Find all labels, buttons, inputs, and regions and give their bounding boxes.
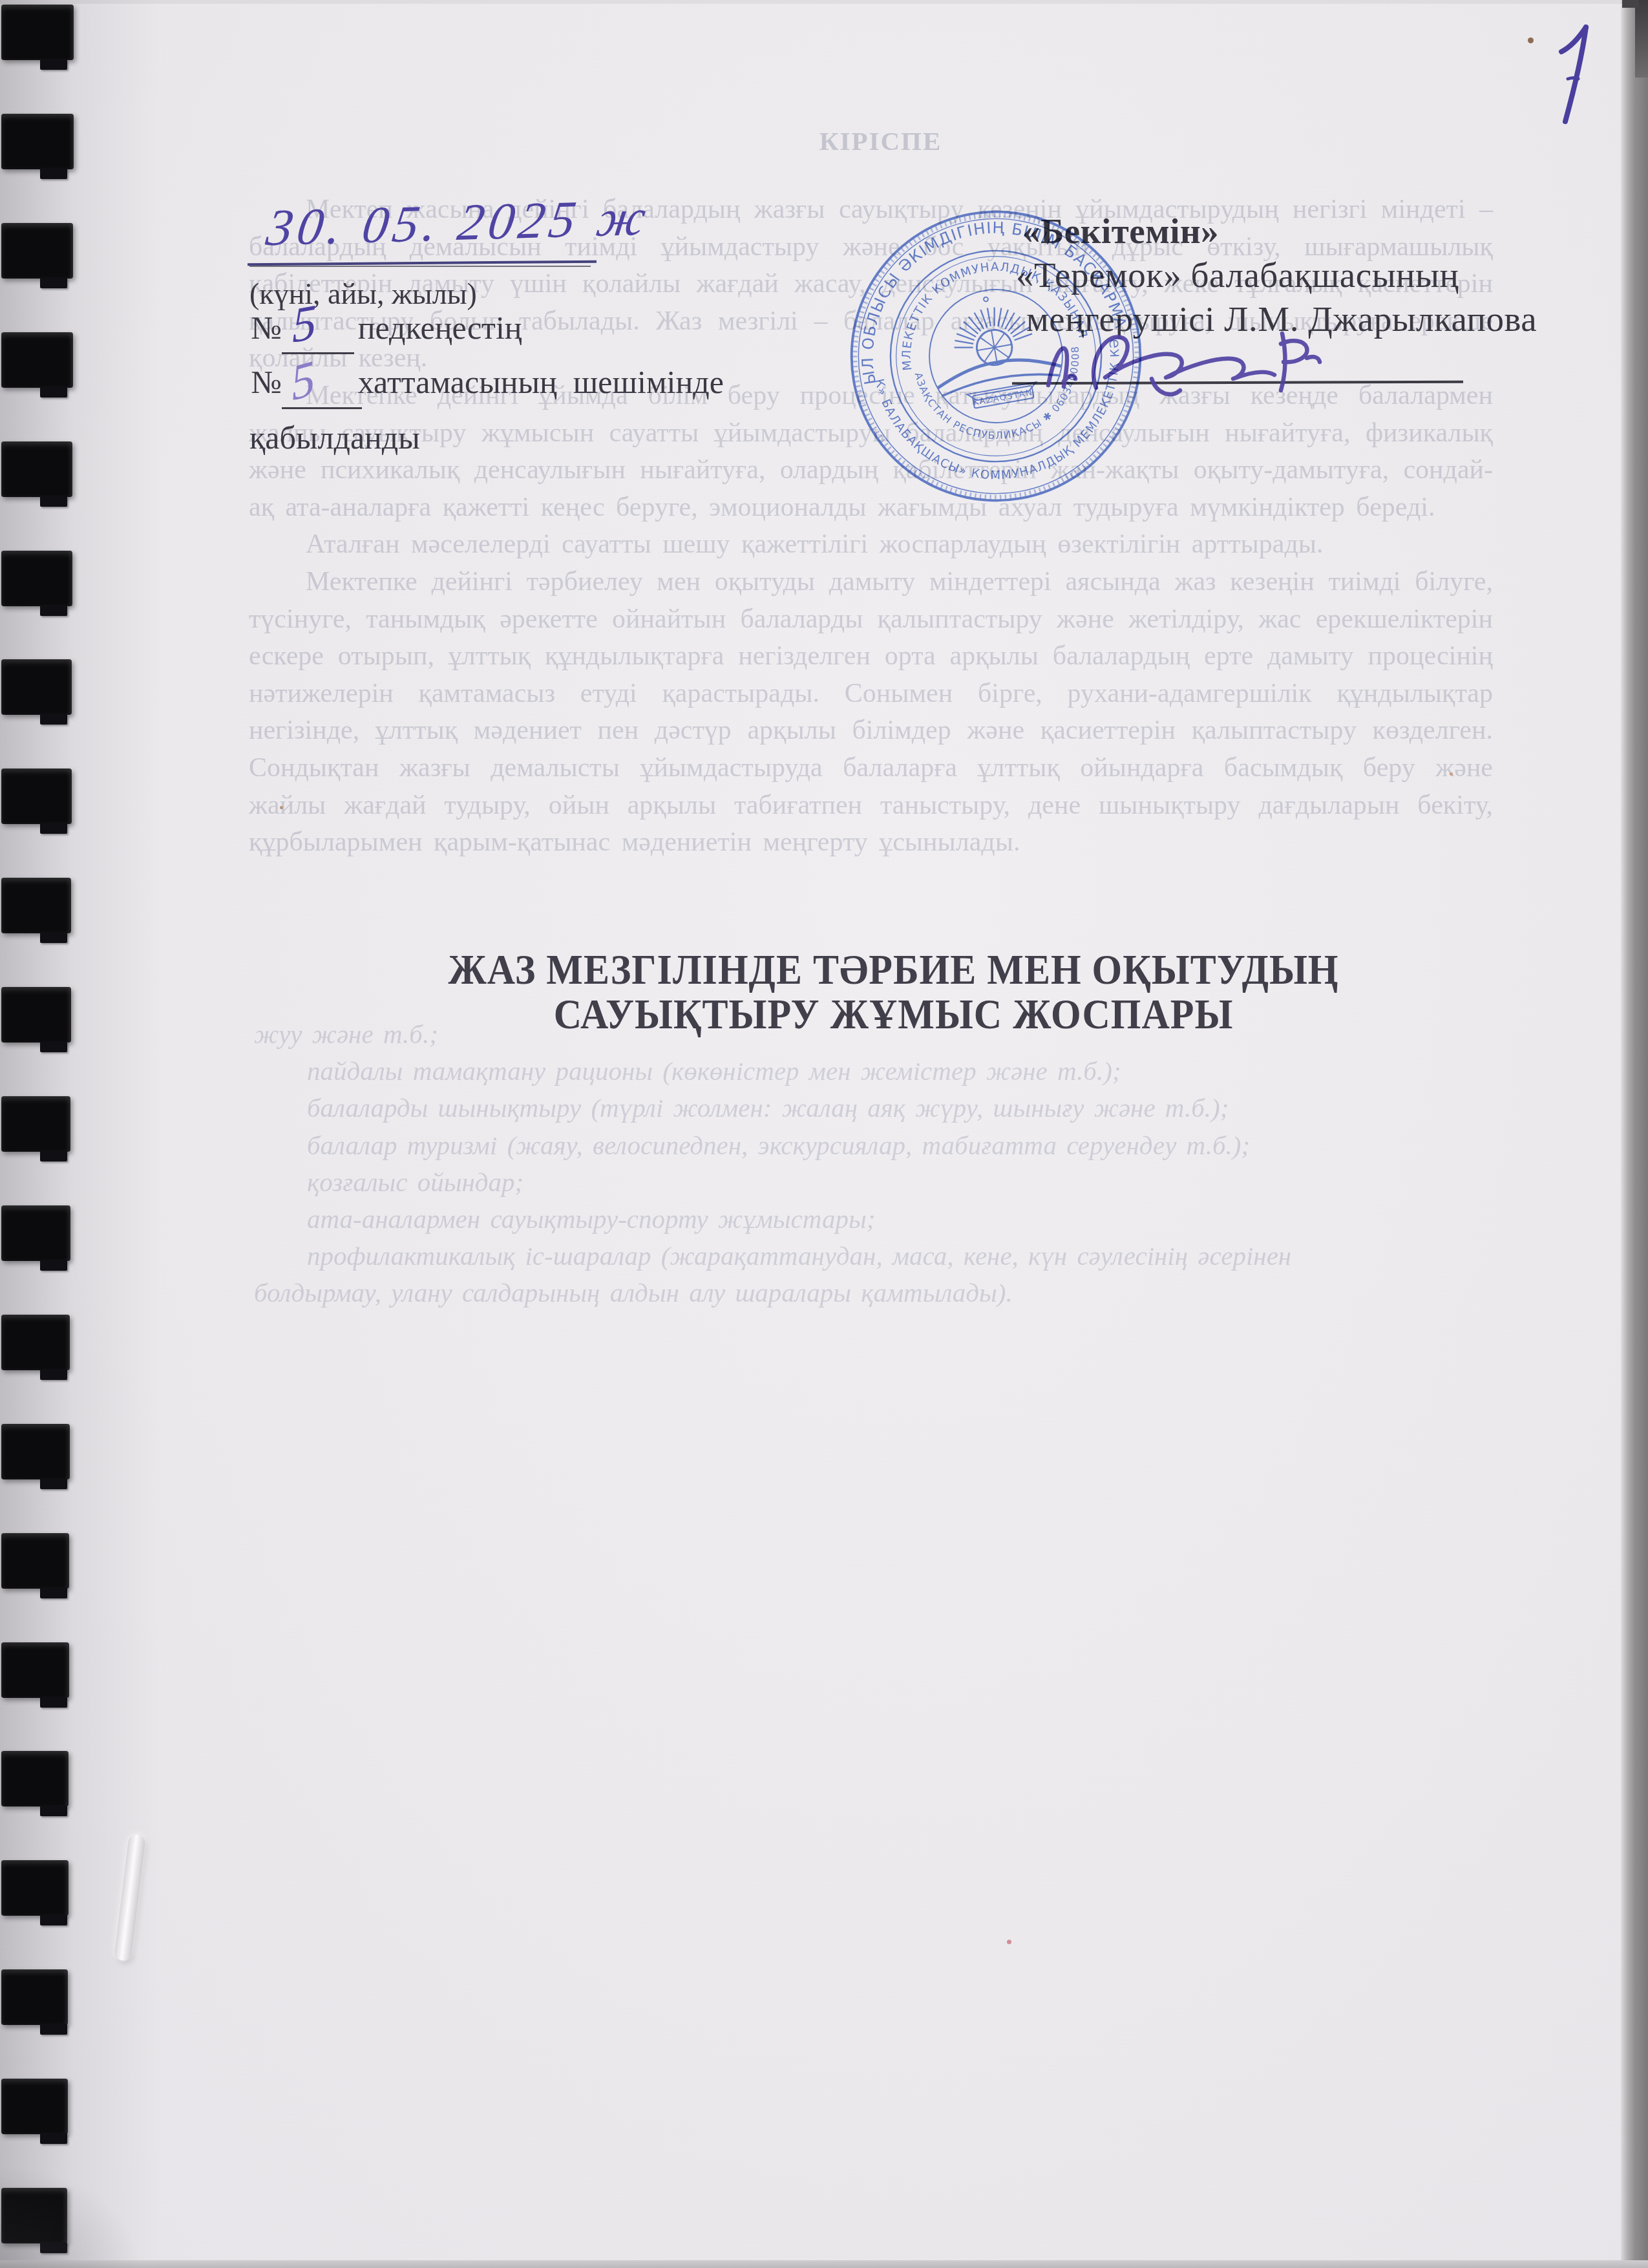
handwritten-date: 30. 05. 2025 ж [263,188,655,258]
title-line-1: ЖАЗ МЕЗГІЛІНДЕ ТӘРБИЕ МЕН ОҚЫТУДЫҢ [271,948,1516,992]
date-caption: (күні, айы, жылы) [249,277,477,311]
handwritten-page-number [1546,17,1604,133]
binding-tooth-slot [40,1369,67,1380]
binding-tooth-slot [40,59,67,70]
binding-tooth [1,1096,70,1152]
page-edge-bottom [0,2260,1648,2268]
faint-list-line: пайдалы тамақтану рационы (көкөністер ме… [249,1053,1493,1090]
svg-text:ЖАМБЫЛ ОБЛЫСЫ ӘКІМДІГІНІҢ БІЛІ: ЖАМБЫЛ ОБЛЫСЫ ӘКІМДІГІНІҢ БІЛІМ БАСҚАРМА… [845,206,1133,387]
handwritten-number-1: 5 [292,293,316,355]
binding-tooth-slot [40,1914,67,1925]
protocol-line-1: №педкеңестің [251,309,522,346]
binding-tooth [1,768,72,824]
protocol-label: хаттамасының шешімінде [358,364,724,400]
binding-tooth [1,1424,70,1479]
binding-tooth [1,332,73,388]
faint-list: жуу және т.б.;пайдалы тамақтану рационы … [249,1016,1493,1312]
accepted-label: қабылданды [249,419,420,456]
binding-tooth [1,1751,69,1807]
binding-tooth [1,1642,69,1698]
council-label: педкеңестің [358,310,522,346]
number-underline-2 [282,407,362,409]
binding-tooth-slot [40,1260,67,1271]
binding-strip [0,0,129,2268]
binding-tooth [1,659,72,715]
binding-tooth [1,1533,69,1589]
dust-speck [1450,772,1453,776]
document-title: ЖАЗ МЕЗГІЛІНДЕ ТӘРБИЕ МЕН ОҚЫТУДЫҢ САУЫҚ… [271,948,1516,1037]
page-edge-right [1621,0,1648,2268]
faint-list-line: балаларды шынықтыру (түрлі жолмен: жалаң… [249,1090,1493,1127]
binding-tooth-slot [40,932,67,943]
binding-tooth-slot [40,1478,67,1489]
scan-edge-top [0,0,1648,4]
page-edge-right-dark [1635,0,1648,78]
scan-corner-top-right [1622,0,1639,8]
no-symbol-2: № [251,364,282,400]
binding-tooth [1,1315,70,1370]
binding-tooth-slot [40,1150,67,1161]
binding-tooth-slot [40,168,67,179]
binding-tooth-slot [40,605,67,616]
no-symbol: № [251,310,282,346]
faint-heading: КІРІСПЕ [259,125,1503,156]
dust-speck [1528,37,1534,43]
faint-paragraph: Аталған мәселелерді сауатты шешу қажетті… [249,526,1493,564]
binding-tooth [1,1860,69,1916]
handwritten-number-2: 5 [290,349,317,413]
binding-tooth [1,878,71,933]
binding-tooth [1,1969,68,2025]
binding-tooth-slot [40,387,67,397]
binding-tooth-slot [40,2024,67,2035]
binding-tooth [1,551,72,606]
faint-paragraph: Мектепке дейінгі тәрбиелеу мен оқытуды д… [249,564,1493,862]
faint-list-line: ата-аналармен сауықтыру-спорту жұмыстары… [249,1201,1493,1238]
binding-tooth-slot [40,1697,67,1708]
binding-tooth [1,5,74,60]
binding-tooth [1,441,72,497]
number-underline-1 [282,352,354,354]
binding-tooth-slot [40,2133,67,2144]
date-underline-2 [249,266,591,267]
kazakhstan-emblem: KAZAQSTAN [924,286,1066,414]
binding-tooth-slot [40,1805,67,1816]
official-round-stamp: ЖАМБЫЛ ОБЛЫСЫ ӘКІМДІГІНІҢ БІЛІМ БАСҚАРМА… [845,206,1146,507]
scanned-document-page: КІРІСПЕ Мектеп жасына дейінгі балалардың… [0,0,1648,2268]
faint-list-line: балалар туризмі (жаяу, велосипедпен, экс… [249,1127,1493,1164]
binding-tooth-slot [40,714,67,725]
binding-tooth [1,223,73,279]
dust-speck [1007,1940,1011,1944]
binding-tooth-slot [40,1041,67,1052]
binding-tooth-slot [40,496,67,507]
dust-speck [280,806,283,809]
faint-list-line: қозғалыс ойындар; [249,1164,1493,1201]
binding-tooth [1,1205,70,1261]
binding-tooth [1,987,71,1043]
title-line-2: САУЫҚТЫРУ ЖҰМЫС ЖОСПАРЫ [271,992,1516,1037]
faint-list-line: болдырмау, улану салдарының алдын алу ша… [249,1275,1493,1311]
binding-tooth-slot [40,823,67,834]
protocol-line-2: №хаттамасының шешімінде [251,363,724,401]
binding-tooth [1,2079,68,2134]
stamp-outer-top-text: ЖАМБЫЛ ОБЛЫСЫ ӘКІМДІГІНІҢ БІЛІМ БАСҚАРМА… [845,206,1133,387]
faint-list-line: профилактикалық іс-шаралар (жарақаттануд… [249,1238,1493,1275]
binding-tooth-slot [40,277,67,288]
binding-tooth-slot [40,1587,67,1598]
scan-corner-bottom-left-shadow [0,2165,142,2268]
binding-tooth [1,114,74,169]
